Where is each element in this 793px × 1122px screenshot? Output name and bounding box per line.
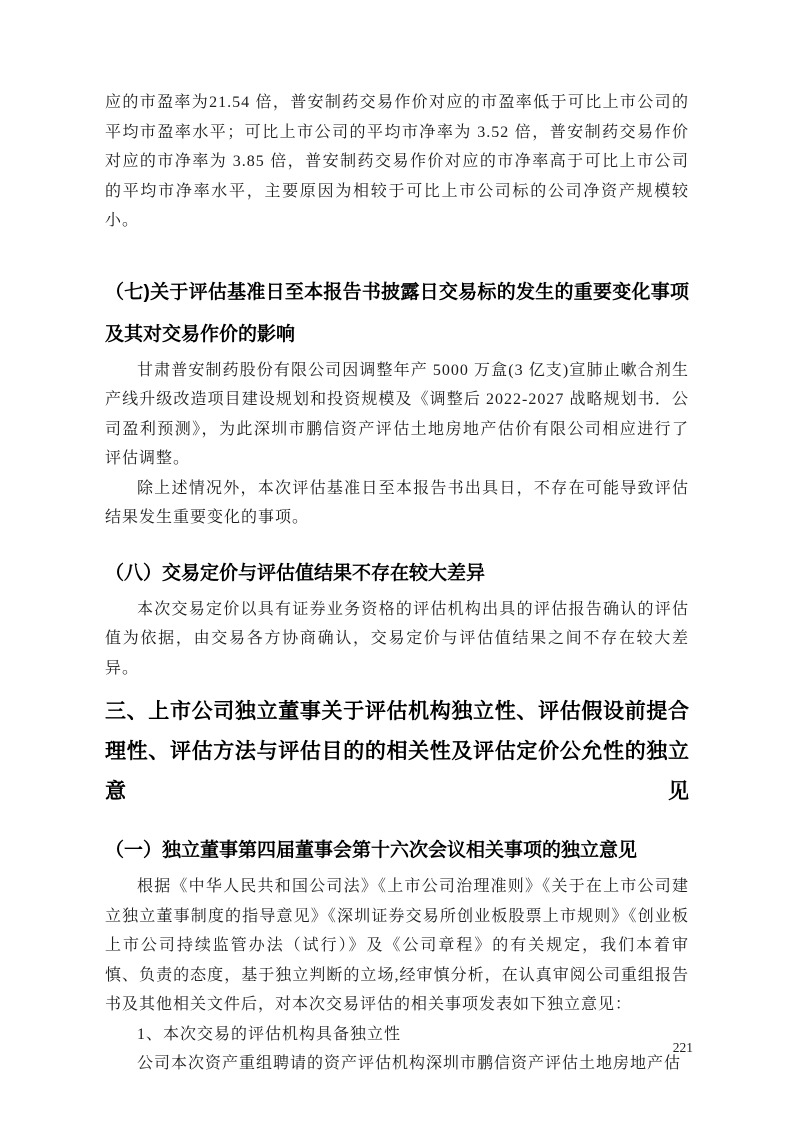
heading-section-3-1-board-meeting-opinion: （一）独立董事第四届董事会第十六次会议相关事项的独立意见 bbox=[105, 830, 689, 872]
paragraph-no-material-change: 除上述情况外，本次评估基准日至本报告书出具日，不存在可能导致评估结果发生重要变化… bbox=[105, 474, 689, 533]
document-page: 应的市盈率为21.54 倍，普安制药交易作价对应的市盈率低于可比上市公司的平均市… bbox=[0, 0, 793, 1122]
paragraph-appraiser-engagement-cutoff: 公司本次资产重组聘请的资产评估机构深圳市鹏信资产评估土地房地产估 bbox=[105, 1049, 689, 1079]
subheading-item-1-appraiser-independence: 1、本次交易的评估机构具备独立性 bbox=[105, 1020, 689, 1050]
page-number: 221 bbox=[673, 1040, 693, 1056]
paragraph-opinion-legal-basis: 根据《中华人民共和国公司法》《上市公司治理准则》《关于在上市公司建立独立董事制度… bbox=[105, 872, 689, 1020]
page-content: 应的市盈率为21.54 倍，普安制药交易作价对应的市盈率低于可比上市公司的平均市… bbox=[105, 88, 689, 1079]
heading-section-3-independent-directors-opinion: 三、上市公司独立董事关于评估机构独立性、评估假设前提合理性、评估方法与评估目的的… bbox=[105, 692, 689, 812]
paragraph-pe-pb-ratio-continuation: 应的市盈率为21.54 倍，普安制药交易作价对应的市盈率低于可比上市公司的平均市… bbox=[105, 88, 689, 236]
heading-section-7-valuation-date-changes: （七)关于评估基准日至本报告书披露日交易标的发生的重要变化事项及其对交易作价的影… bbox=[105, 272, 689, 356]
paragraph-pricing-basis: 本次交易定价以具有证券业务资格的评估机构出具的评估报告确认的评估值为依据，由交易… bbox=[105, 595, 689, 684]
paragraph-production-adjustment: 甘肃普安制药股份有限公司因调整年产 5000 万盒(3 亿支)宣肺止嗽合剂生产线… bbox=[105, 356, 689, 474]
heading-section-8-pricing-no-difference: （八）交易定价与评估值结果不存在较大差异 bbox=[105, 553, 689, 595]
